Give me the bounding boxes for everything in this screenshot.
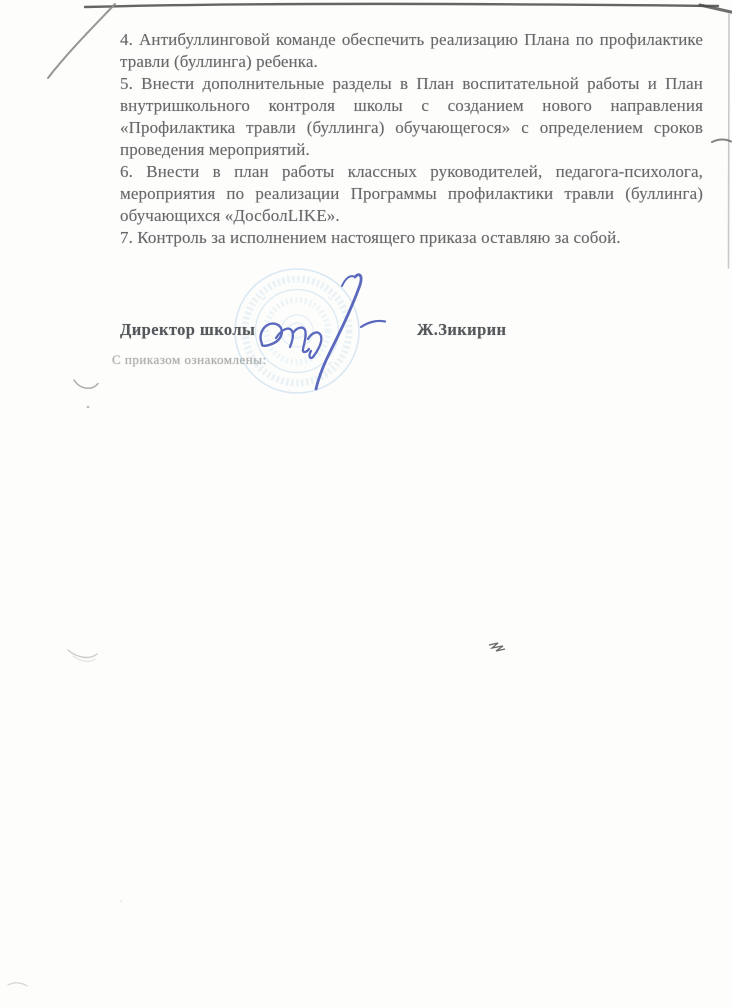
paragraph-item-6: 6. Внести в план работы классных руковод…: [120, 161, 703, 227]
scan-artifact-faint-curve-echo: [73, 656, 95, 661]
scan-artifact-bottom-left-mark: [8, 983, 27, 986]
scan-artifact-dot-topleft: [86, 32, 88, 34]
stamp-inner-text: [266, 300, 328, 362]
stamp-decor-ticks: [262, 297, 332, 365]
director-role-label: Директор школы: [120, 320, 255, 340]
scan-artifact-right-edge-line: [729, 14, 730, 268]
scan-artifact-diagonal-line: [48, 4, 115, 78]
director-name: Ж.Зикирин: [417, 320, 506, 340]
scan-artifact-top-edge-line: [85, 4, 718, 7]
signature-flourish-curl: [342, 276, 355, 286]
stamp-inner-ring: [256, 290, 339, 373]
signature-tall-flourish: [316, 275, 361, 389]
scan-artifact-small-dot: [87, 406, 90, 409]
scan-artifact-right-dash: [712, 140, 731, 143]
scan-artifact-top-right-corner: [700, 5, 731, 12]
signature-middle-strokes: [276, 328, 309, 352]
scan-artifact-curve-mark: [74, 380, 98, 388]
paragraph-item-5: 5. Внести дополнительные разделы в План …: [120, 73, 703, 161]
acknowledgment-line: С приказом ознакомлены:: [112, 352, 267, 368]
scan-artifact-squiggle: [489, 643, 505, 651]
scanned-document-page: 4. Антибуллинговой команде обеспечить ре…: [0, 0, 732, 1008]
scan-artifact-faint-dot: [120, 900, 122, 902]
stamp-emblem-lines: [288, 323, 306, 338]
stamp-center-emblem: [281, 315, 313, 347]
signature-loop: [261, 324, 282, 346]
paragraph-item-7: 7. Контроль за исполнением настоящего пр…: [120, 227, 703, 249]
order-body-text: 4. Антибуллинговой команде обеспечить ре…: [120, 29, 703, 249]
paragraph-item-4: 4. Антибуллинговой команде обеспечить ре…: [120, 29, 703, 73]
signature-hook: [308, 332, 321, 358]
signature-dash: [361, 321, 385, 327]
scan-artifact-faint-curve: [68, 650, 97, 657]
